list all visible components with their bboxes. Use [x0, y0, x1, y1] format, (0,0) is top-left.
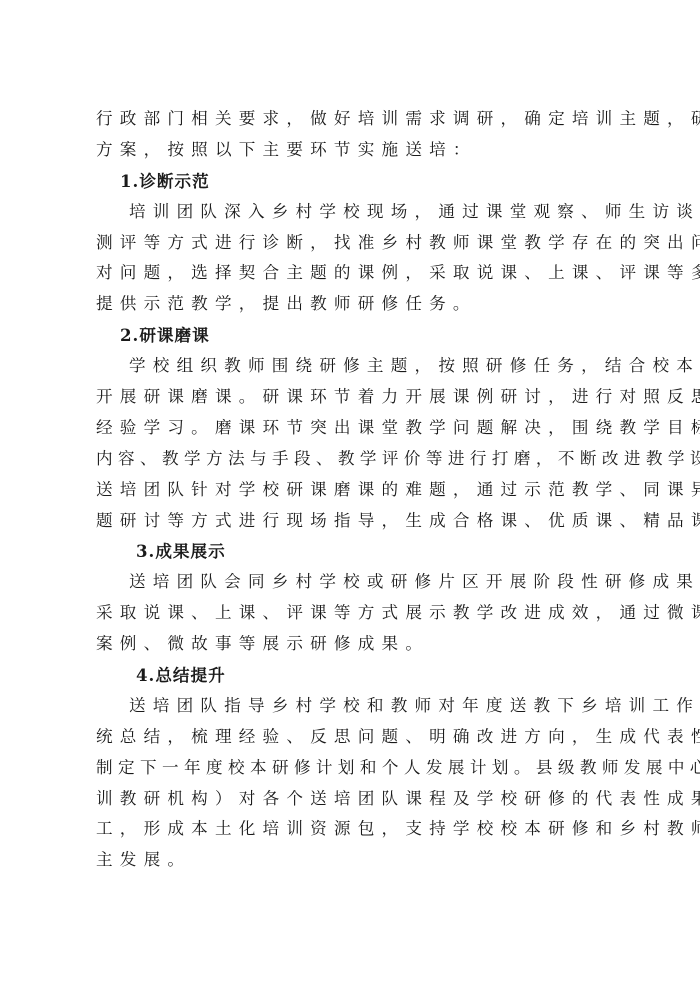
text-line: 提供示范教学，提出教师研修任务。 — [96, 289, 604, 320]
text-line: 送培团队指导乡村学校和教师对年度送教下乡培训工作进行系 — [96, 691, 604, 722]
text-line: 内容、教学方法与手段、教学评价等进行打磨，不断改进教学设计。 — [96, 444, 604, 475]
text-line: 主发展。 — [96, 845, 604, 876]
text-line: 开展研课磨课。研课环节着力开展课例研讨，进行对照反思，突出 — [96, 382, 604, 413]
section-paragraph-diagnosis: 培训团队深入乡村学校现场，通过课堂观察、师生访谈、工具 测评等方式进行诊断，找准… — [96, 197, 604, 321]
text-line: 送培团队针对学校研课磨课的难题，通过示范教学、同课异构、专 — [96, 475, 604, 506]
section-heading-summary: 4.总结提升 — [96, 660, 604, 691]
section-paragraph-lesson-polishing: 学校组织教师围绕研修主题，按照研修任务，结合校本研修， 开展研课磨课。研课环节着… — [96, 351, 604, 536]
text-line: 案例、微故事等展示研修成果。 — [96, 629, 604, 660]
text-line: 送培团队会同乡村学校或研修片区开展阶段性研修成果展示， — [96, 567, 604, 598]
text-line: 对问题，选择契合主题的课例，采取说课、上课、评课等多种方式 — [96, 258, 604, 289]
text-line: 训教研机构）对各个送培团队课程及学校研修的代表性成果进行加 — [96, 784, 604, 815]
section-paragraph-summary: 送培团队指导乡村学校和教师对年度送教下乡培训工作进行系 统总结，梳理经验、反思问… — [96, 691, 604, 876]
text-line: 学校组织教师围绕研修主题，按照研修任务，结合校本研修， — [96, 351, 604, 382]
text-line: 制定下一年度校本研修计划和个人发展计划。县级教师发展中心（培 — [96, 753, 604, 784]
section-heading-lesson-polishing: 2.研课磨课 — [96, 320, 604, 351]
text-line: 测评等方式进行诊断，找准乡村教师课堂教学存在的突出问题。针 — [96, 228, 604, 259]
text-line: 采取说课、上课、评课等方式展示教学改进成效，通过微课例、微 — [96, 598, 604, 629]
text-line: 统总结，梳理经验、反思问题、明确改进方向，生成代表性成果， — [96, 722, 604, 753]
text-line: 行政部门相关要求，做好培训需求调研，确定培训主题，研制实施 — [96, 104, 604, 135]
section-heading-results-showcase: 3.成果展示 — [96, 536, 604, 567]
text-line: 题研讨等方式进行现场指导，生成合格课、优质课、精品课。 — [96, 506, 604, 537]
text-line: 工，形成本土化培训资源包，支持学校校本研修和乡村教师专业自 — [96, 814, 604, 845]
section-heading-diagnosis: 1.诊断示范 — [96, 166, 604, 197]
intro-paragraph: 行政部门相关要求，做好培训需求调研，确定培训主题，研制实施 方案，按照以下主要环… — [96, 104, 604, 166]
section-paragraph-results-showcase: 送培团队会同乡村学校或研修片区开展阶段性研修成果展示， 采取说课、上课、评课等方… — [96, 567, 604, 660]
text-line: 方案，按照以下主要环节实施送培： — [96, 135, 604, 166]
text-line: 经验学习。磨课环节突出课堂教学问题解决，围绕教学目标、教学 — [96, 413, 604, 444]
text-line: 培训团队深入乡村学校现场，通过课堂观察、师生访谈、工具 — [96, 197, 604, 228]
document-page: 行政部门相关要求，做好培训需求调研，确定培训主题，研制实施 方案，按照以下主要环… — [96, 104, 604, 876]
